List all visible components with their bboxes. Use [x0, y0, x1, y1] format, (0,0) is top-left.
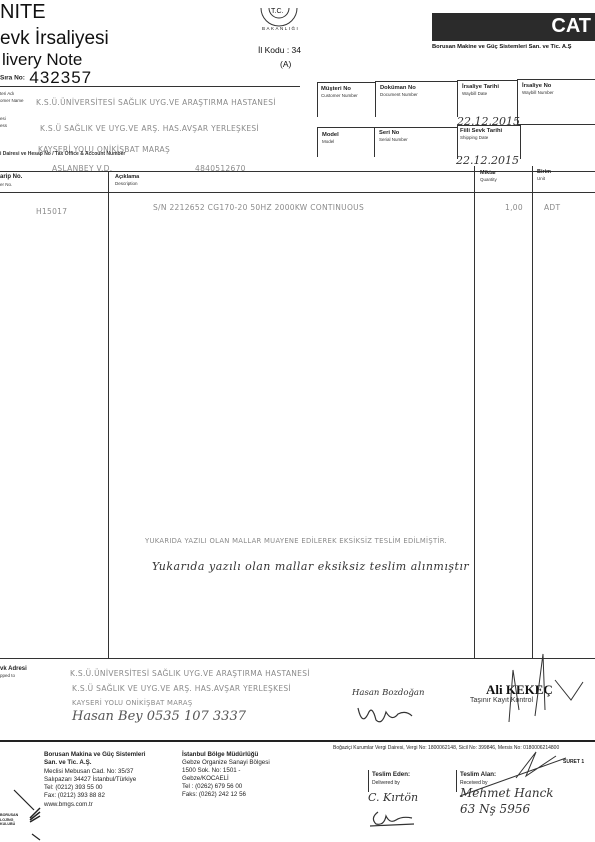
footer-company-tel: Tel: (0212) 393 55 00: [44, 784, 102, 792]
signature-name-handwritten: Hasan Bozdoğan: [352, 688, 424, 698]
ship-to-label-en: pped to: [0, 673, 15, 679]
received-by-signature-stroke-icon: [456, 748, 576, 798]
header-divider: [0, 86, 300, 87]
ministry-stamp: T.C. BAKANLIĞI: [258, 6, 300, 40]
row-quantity: 1,00: [505, 203, 523, 212]
ship-to-line-3: KAYSERİ YOLU ONİKİŞBAT MARAŞ: [72, 699, 192, 707]
footer-company-web[interactable]: www.bmgs.com.tr: [44, 801, 93, 809]
col-description-en: Description: [115, 181, 138, 187]
footer-company-line1: Borusan Makina ve Güç Sistemleri: [44, 751, 145, 759]
inspection-note-printed: YUKARIDA YAZILI OLAN MALLAR MUAYENE EDİL…: [145, 537, 447, 545]
footer-branch-tel: Tel : (0262) 679 56 00: [182, 783, 242, 791]
tax-label: i Dairesi ve Hesap No / Tax Office & Acc…: [0, 151, 125, 157]
delivered-by-label-tr: Teslim Eden:: [372, 771, 410, 779]
address-label-en: ess: [0, 123, 7, 129]
stamp-signature-icon: [505, 650, 585, 730]
col-description-tr: Açıklama: [115, 174, 139, 181]
delivered-by-handwritten: C. Kırtön: [368, 791, 418, 804]
delivered-by-label-en: Delivered by: [372, 779, 400, 787]
shipping-date-value[interactable]: 22.12.2015: [456, 154, 519, 167]
model-box: Model Model: [317, 127, 374, 157]
col-unit-en: Unit: [537, 176, 545, 182]
cat-logo-banner: CAT: [432, 13, 595, 41]
serial-label: Sıra No:: [0, 75, 25, 82]
signature-scribble-icon: [356, 700, 416, 728]
company-name-header: Borusan Makine ve Güç Sistemleri San. ve…: [432, 44, 572, 50]
col-order-no-tr: arip No.: [0, 174, 22, 181]
footer-company-line2: San. ve Tic. A.Ş.: [44, 759, 91, 767]
row-order-no: H15017: [36, 207, 67, 216]
ship-to-line-1: K.S.Ü.ÜNİVERSİTESİ SAĞLIK UYG.VE ARAŞTIR…: [70, 669, 310, 678]
footer-branch-line1: Gebze Organize Sanayi Bölgesi: [182, 759, 270, 767]
col-order-no-en: er No.: [0, 182, 12, 188]
address-line-1: K.S.Ü SAĞLIK VE UYG.VE ARŞ. HAS.AVŞAR YE…: [40, 124, 259, 133]
delivered-by-signature-icon: [368, 808, 418, 830]
waybill-number-box: İrsaliye No Waybill Number: [517, 79, 595, 125]
stamp-ring-text: BAKANLIĞI: [262, 26, 299, 31]
footer-divider: [0, 740, 595, 742]
row-unit: ADT: [544, 203, 560, 212]
customer-name-value: K.S.Ü.ÜNİVERSİTESİ SAĞLIK UYG.VE ARAŞTIR…: [36, 98, 276, 107]
footer-branch-line3: Gebze/KOCAELİ: [182, 775, 229, 783]
group-logo-text: BORUSAN LOJİNG KULUBÜ: [0, 813, 20, 827]
column-divider-3: [532, 166, 533, 658]
footer-branch-title: İstanbul Bölge Müdürlüğü: [182, 751, 258, 759]
divider: [517, 124, 595, 125]
serial-block: Sıra No: 432357: [0, 68, 92, 88]
address-label-tr: esi: [0, 116, 6, 122]
contact-handwritten: Hasan Bey 0535 107 3337: [72, 709, 246, 724]
stamp-center-text: T.C.: [271, 8, 283, 15]
serial-number: 432357: [29, 68, 92, 87]
col-unit-tr: Birim: [537, 169, 551, 176]
document-title-tr: evk İrsaliyesi: [0, 29, 109, 49]
serial-number-box: Seri No Serial Number: [374, 127, 457, 157]
col-quantity-en: Quantity: [480, 177, 497, 183]
customer-name-label-en: omer Name: [0, 98, 24, 104]
cat-logo: CAT: [551, 15, 591, 38]
footer-branch-fax: Faks: (0262) 242 12 56: [182, 791, 246, 799]
table-top-border: [0, 171, 595, 172]
footer-company-fax: Fax: (0212) 393 88 82: [44, 792, 105, 800]
inspection-note-handwritten: Yukarıda yazılı olan mallar eksiksiz tes…: [152, 560, 469, 573]
series-letter: (A): [280, 59, 291, 69]
footer-branch-line2: 1500 Sok. No: 1501 -: [182, 767, 240, 775]
province-code: İl Kodu : 34: [258, 45, 301, 55]
document-title-en: livery Note: [2, 50, 82, 70]
customer-number-box: Müşteri No Customer Number: [317, 82, 375, 117]
waybill-date-box: İrsaliye Tarihi Waybill Date: [457, 80, 517, 117]
row-description: S/N 2212652 CG170-20 50HZ 2000KW CONTINU…: [153, 203, 364, 212]
footer-company-address1: Meclisi Mebusan Cad. No: 35/37: [44, 768, 133, 776]
ship-to-line-2: K.S.Ü SAĞLIK VE UYG.VE ARŞ. HAS.AVŞAR YE…: [72, 684, 291, 693]
col-quantity-tr: Miktar: [480, 170, 496, 177]
column-divider-2: [474, 166, 475, 658]
ship-to-label-tr: vk Adresi: [0, 666, 27, 673]
delivered-by-marker: [368, 770, 369, 792]
document-type: NITE: [0, 2, 46, 22]
customer-name-label-tr: teri Adı: [0, 91, 14, 97]
document-number-box: Doküman No Document Number: [375, 81, 457, 117]
received-by-id: 63 Nş 5956: [460, 802, 530, 816]
footer-company-address2: Salıpazarı 34427 İstanbul/Türkiye: [44, 776, 136, 784]
table-header-border: [0, 192, 595, 193]
column-divider-1: [108, 171, 109, 658]
